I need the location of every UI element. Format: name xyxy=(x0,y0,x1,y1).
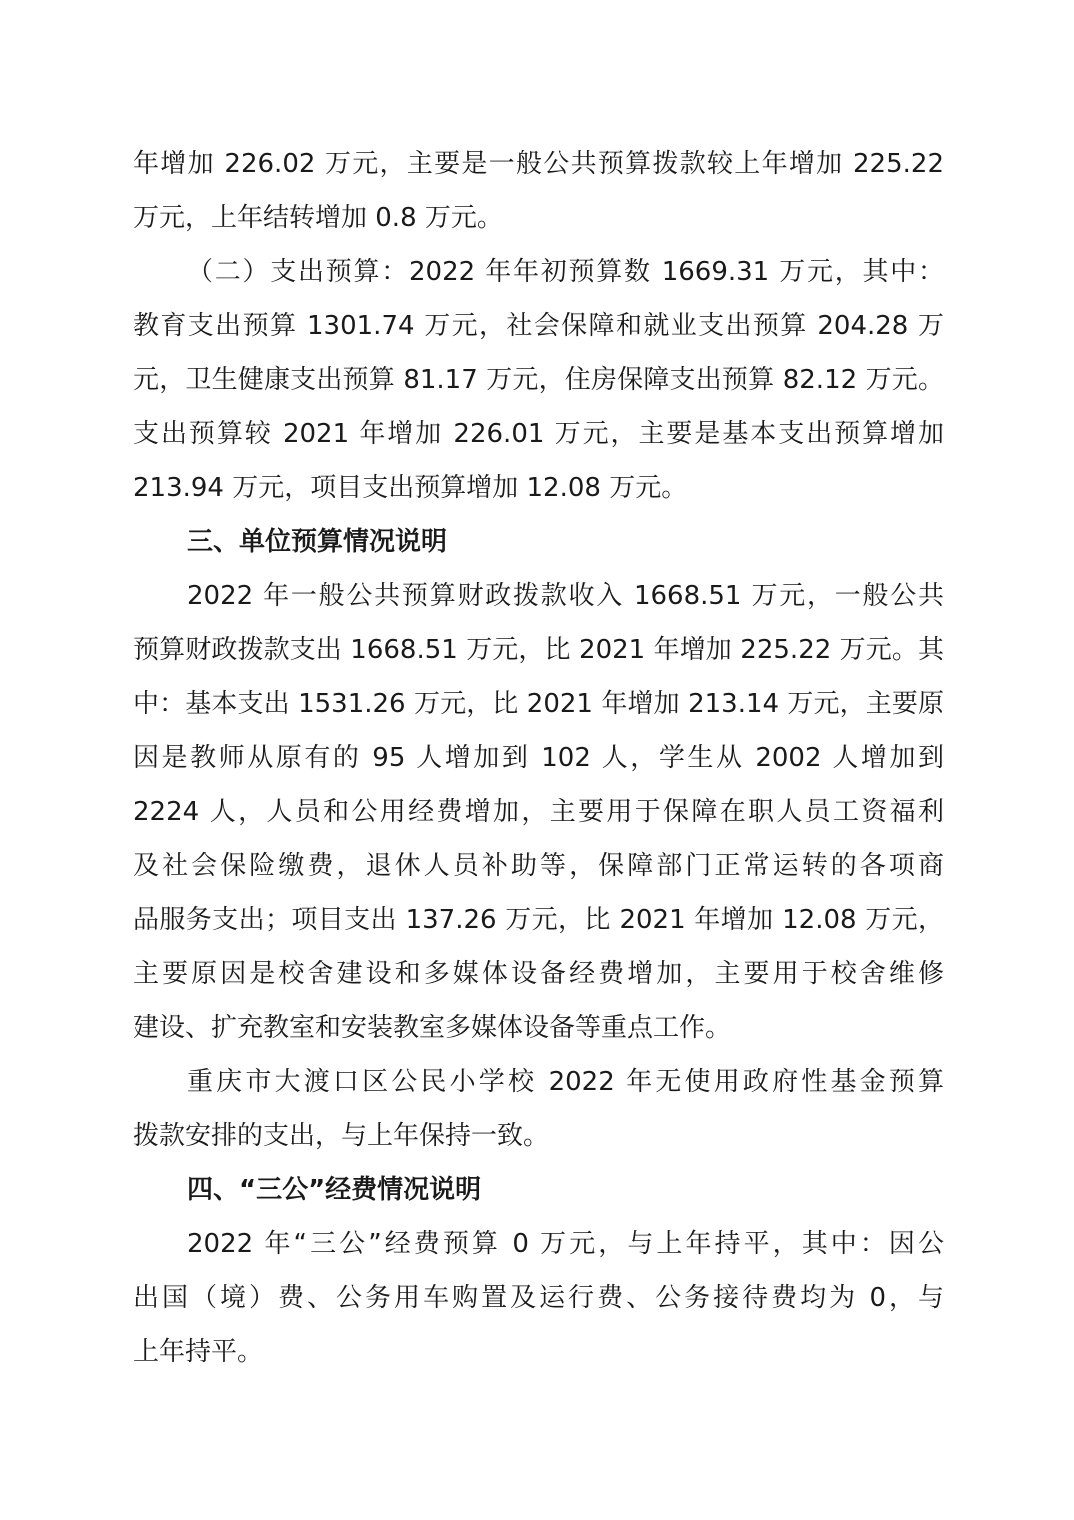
document-page: 年增加 226.02 万元，主要是一般公共预算拨款较上年增加 225.22 万元… xyxy=(0,0,1074,1520)
paragraph-line: 及社会保险缴费，退休人员补助等，保障部门正常运转的各项商 xyxy=(133,848,944,884)
paragraph-line: 中：基本支出 1531.26 万元，比 2021 年增加 213.14 万元，主… xyxy=(133,686,944,722)
paragraph-line: 建设、扩充教室和安装教室多媒体设备等重点工作。 xyxy=(133,1010,944,1046)
paragraph-line: 上年持平。 xyxy=(133,1334,944,1370)
paragraph-line: 教育支出预算 1301.74 万元，社会保障和就业支出预算 204.28 万 xyxy=(133,308,944,344)
paragraph-line: 因是教师从原有的 95 人增加到 102 人，学生从 2002 人增加到 xyxy=(133,740,944,776)
paragraph-line: 年增加 226.02 万元，主要是一般公共预算拨款较上年增加 225.22 xyxy=(133,146,944,182)
paragraph-line: 出国（境）费、公务用车购置及运行费、公务接待费均为 0，与 xyxy=(133,1280,944,1316)
paragraph-line: 拨款安排的支出，与上年保持一致。 xyxy=(133,1118,944,1154)
paragraph-line: 元，卫生健康支出预算 81.17 万元，住房保障支出预算 82.12 万元。 xyxy=(133,362,944,398)
paragraph-line: 主要原因是校舍建设和多媒体设备经费增加，主要用于校舍维修 xyxy=(133,956,944,992)
paragraph-line: 2022 年一般公共预算财政拨款收入 1668.51 万元，一般公共 xyxy=(187,578,944,614)
paragraph-line: （二）支出预算：2022 年年初预算数 1669.31 万元，其中： xyxy=(187,254,944,290)
paragraph-line: 2022 年“三公”经费预算 0 万元，与上年持平，其中：因公 xyxy=(187,1226,944,1262)
paragraph-line: 重庆市大渡口区公民小学校 2022 年无使用政府性基金预算 xyxy=(187,1064,944,1100)
paragraph-line: 2224 人，人员和公用经费增加，主要用于保障在职人员工资福利 xyxy=(133,794,944,830)
section-heading-three-public-expenses: 四、“三公”经费情况说明 xyxy=(187,1172,944,1208)
paragraph-line: 213.94 万元，项目支出预算增加 12.08 万元。 xyxy=(133,470,944,506)
paragraph-line: 品服务支出；项目支出 137.26 万元，比 2021 年增加 12.08 万元… xyxy=(133,902,944,938)
paragraph-line: 支出预算较 2021 年增加 226.01 万元，主要是基本支出预算增加 xyxy=(133,416,944,452)
paragraph-line: 预算财政拨款支出 1668.51 万元，比 2021 年增加 225.22 万元… xyxy=(133,632,944,668)
paragraph-line: 万元，上年结转增加 0.8 万元。 xyxy=(133,200,944,236)
section-heading-unit-budget: 三、单位预算情况说明 xyxy=(187,524,944,560)
